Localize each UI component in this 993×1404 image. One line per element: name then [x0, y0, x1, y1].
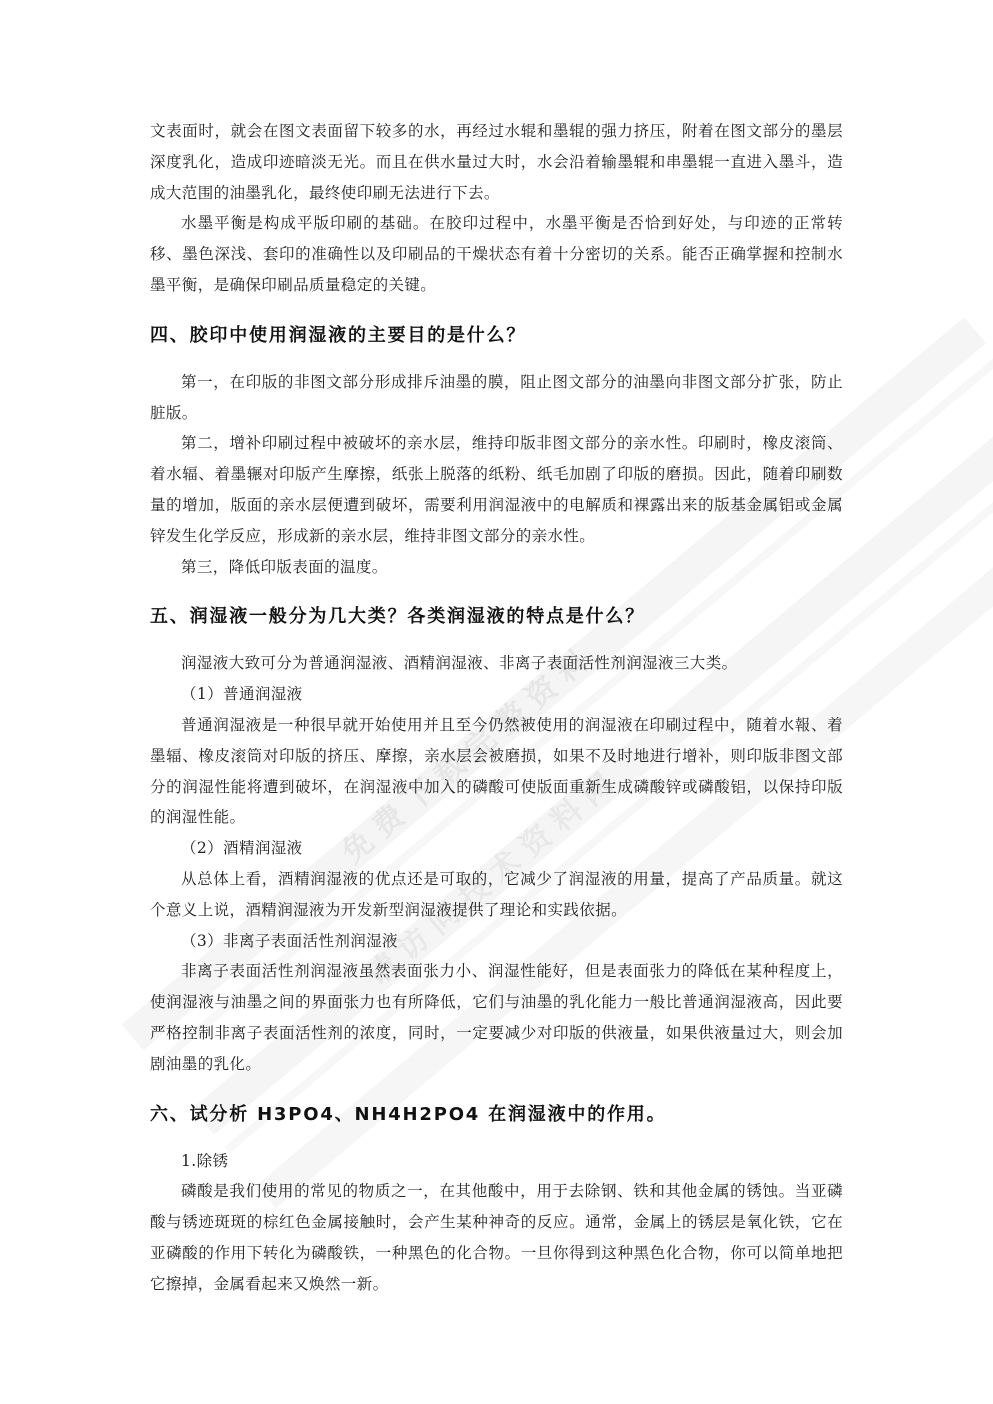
paragraph: 从总体上看，酒精润湿液的优点还是可取的，它减少了润湿液的用量，提高了产品质量。就… [150, 864, 843, 926]
section-heading: 四、胶印中使用润湿液的主要目的是什么？ [150, 323, 843, 349]
paragraph: 水墨平衡是构成平版印刷的基础。在胶印过程中，水墨平衡是否恰到好处，与印迹的正常转… [150, 208, 843, 300]
section-heading: 六、试分析 H3PO4、NH4H2PO4 在润湿液中的作用。 [150, 1102, 843, 1128]
intro-section: 文表面时，就会在图文表面留下较多的水，再经过水辊和墨辊的强力挤压，附着在图文部分… [150, 116, 843, 301]
paragraph: 第二，增补印刷过程中被破坏的亲水层，维持印版非图文部分的亲水性。印刷时，橡皮滚筒… [150, 428, 843, 551]
subheading: （2）酒精润湿液 [150, 833, 843, 864]
section-6: 六、试分析 H3PO4、NH4H2PO4 在润湿液中的作用。 1.除锈 磷酸是我… [150, 1102, 843, 1300]
section-5: 五、润湿液一般分为几大类？各类润湿液的特点是什么？ 润湿液大致可分为普通润湿液、… [150, 604, 843, 1079]
document-body: 文表面时，就会在图文表面留下较多的水，再经过水辊和墨辊的强力挤压，附着在图文部分… [150, 116, 843, 1300]
paragraph: 文表面时，就会在图文表面留下较多的水，再经过水辊和墨辊的强力挤压，附着在图文部分… [150, 116, 843, 208]
section-heading: 五、润湿液一般分为几大类？各类润湿液的特点是什么？ [150, 604, 843, 630]
paragraph: 第一，在印版的非图文部分形成排斥油墨的膜，阻止图文部分的油墨向非图文部分扩张，防… [150, 367, 843, 429]
subheading: 1.除锈 [150, 1146, 843, 1177]
paragraph: 润湿液大致可分为普通润湿液、酒精润湿液、非离子表面活性剂润湿液三大类。 [150, 648, 843, 679]
section-4: 四、胶印中使用润湿液的主要目的是什么？ 第一，在印版的非图文部分形成排斥油墨的膜… [150, 323, 843, 583]
document-page: 免费下载完整资料 请访问技术资料网 文表面时，就会在图文表面留下较多的水，再经过… [0, 0, 993, 1404]
paragraph: 磷酸是我们使用的常见的物质之一，在其他酸中，用于去除钢、铁和其他金属的锈蚀。当亚… [150, 1176, 843, 1299]
subheading: （3）非离子表面活性剂润湿液 [150, 926, 843, 957]
paragraph: 第三，降低印版表面的温度。 [150, 552, 843, 583]
subheading: （1）普通润湿液 [150, 679, 843, 710]
paragraph: 非离子表面活性剂润湿液虽然表面张力小、润湿性能好，但是表面张力的降低在某种程度上… [150, 956, 843, 1079]
paragraph: 普通润湿液是一种很早就开始使用并且至今仍然被使用的润湿液在印刷过程中，随着水報、… [150, 710, 843, 833]
